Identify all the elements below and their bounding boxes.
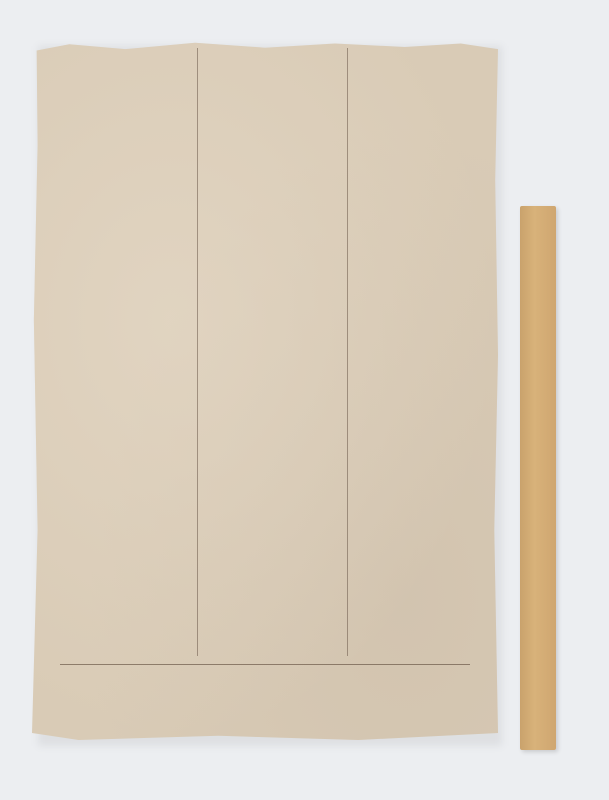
printer-imprint [60,664,470,667]
wooden-ruler [520,206,556,750]
column-rule [197,48,198,656]
column-rule [347,48,348,656]
newspaper-page [32,40,498,740]
